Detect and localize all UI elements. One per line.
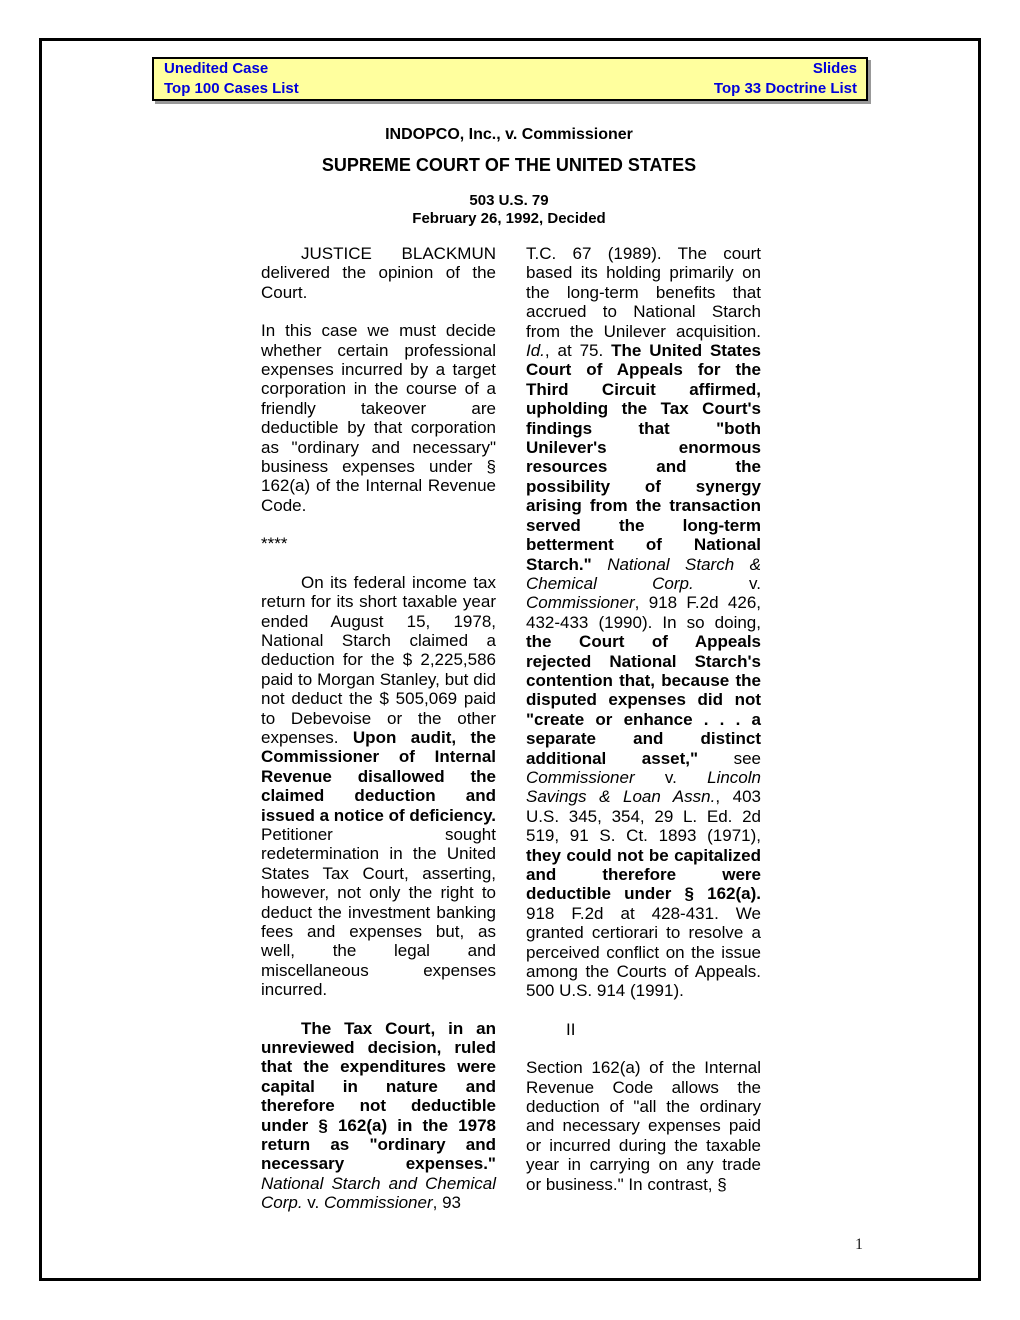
paragraph: Section 162(a) of the Internal Revenue C… [526, 1058, 761, 1194]
document-page: Unedited Case Top 100 Cases List Slides … [0, 0, 1020, 1320]
case-header: INDOPCO, Inc., v. Commissioner SUPREME C… [40, 126, 978, 227]
text-column-right: T.C. 67 (1989). The court based its hold… [526, 244, 761, 1232]
court-name: SUPREME COURT OF THE UNITED STATES [40, 155, 978, 176]
nav-links-left: Unedited Case Top 100 Cases List [164, 59, 299, 99]
page-number: 1 [855, 1236, 863, 1254]
text-column-left: JUSTICE BLACKMUN delivered the opinion o… [261, 244, 496, 1232]
citation: 503 U.S. 79 [40, 192, 978, 209]
paragraph: T.C. 67 (1989). The court based its hold… [526, 244, 761, 1001]
opinion-text: JUSTICE BLACKMUN delivered the opinion o… [261, 244, 761, 1232]
decision-date: February 26, 1992, Decided [40, 210, 978, 227]
paragraph: On its federal income tax return for its… [261, 573, 496, 1000]
paragraph: In this case we must decide whether cert… [261, 321, 496, 515]
link-slides[interactable]: Slides [714, 59, 857, 79]
case-title: INDOPCO, Inc., v. Commissioner [40, 126, 978, 144]
paragraph: **** [261, 534, 496, 553]
link-unedited-case[interactable]: Unedited Case [164, 59, 299, 79]
nav-links-right: Slides Top 33 Doctrine List [714, 59, 857, 99]
paragraph: II [526, 1020, 761, 1039]
link-top-33-doctrine[interactable]: Top 33 Doctrine List [714, 79, 857, 99]
paragraph: JUSTICE BLACKMUN delivered the opinion o… [261, 244, 496, 302]
paragraph: The Tax Court, in an unreviewed decision… [261, 1019, 496, 1213]
nav-links-box: Unedited Case Top 100 Cases List Slides … [152, 57, 868, 101]
link-top-100-cases[interactable]: Top 100 Cases List [164, 79, 299, 99]
